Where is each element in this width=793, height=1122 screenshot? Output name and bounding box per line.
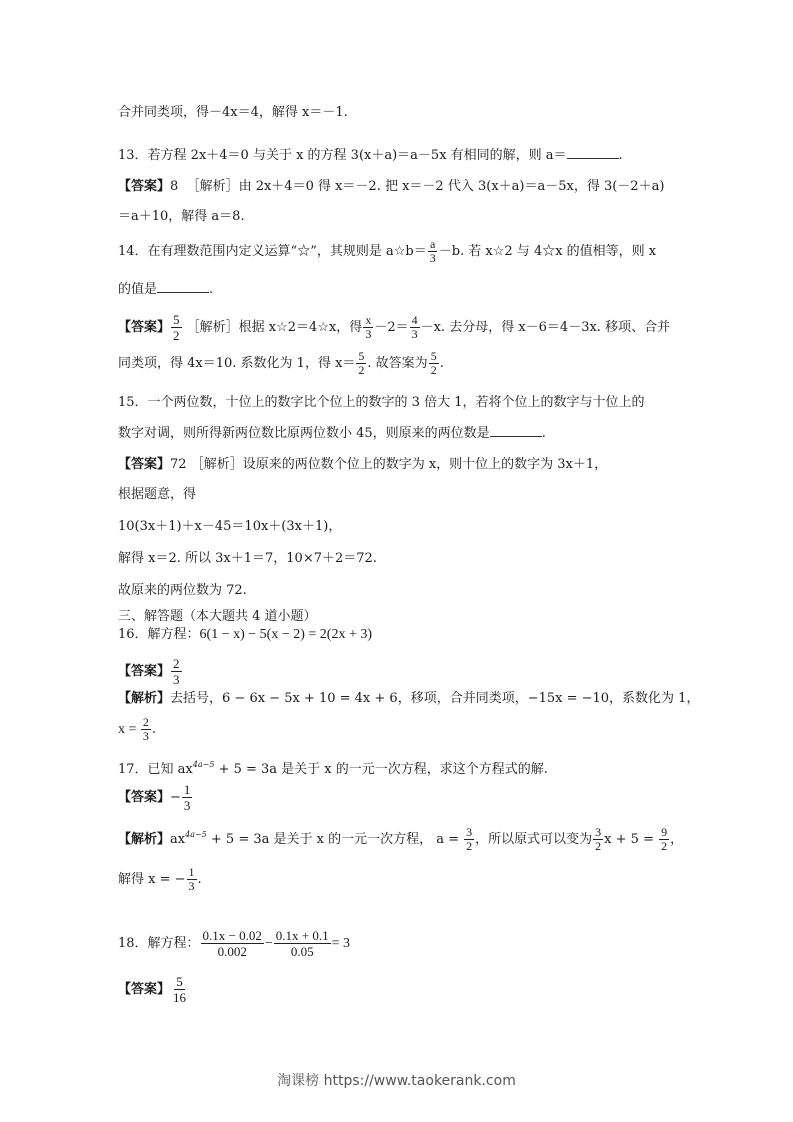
explanation-line: 解得 x＝2. 所以 3x＋1＝7，10×7＋2＝72. <box>118 550 377 568</box>
answer-blank <box>157 280 209 293</box>
question-text: 18．解方程： <box>118 936 200 951</box>
answer-value: 8 <box>170 179 178 194</box>
fraction: 52 <box>356 350 366 377</box>
explanation-16: 【解析】去括号，6 − 6x − 5x + 10 = 4x + 6，移项，合并同… <box>118 690 699 708</box>
answer-label: 【答案】 <box>118 790 170 805</box>
exponent: 4a−5 <box>193 760 215 769</box>
explanation-16-line2: x = 23. <box>118 716 156 743</box>
punct: . <box>619 148 623 163</box>
answer-label: 【答案】 <box>118 320 170 335</box>
explanation-text: －x. 去分母，得 x－6＝4－3x. 移项、合并 <box>421 320 670 335</box>
answer-fraction: 23 <box>171 656 182 687</box>
question-text: 17．已知 ax <box>118 762 193 777</box>
punct: . <box>440 356 444 371</box>
answer-14-line2: 同类项，得 4x＝10. 系数化为 1，得 x＝52. 故答案为52. <box>118 350 444 377</box>
answer-fraction: 52 <box>171 312 182 343</box>
fraction: 32 <box>464 826 474 853</box>
section-heading: 三、解答题（本大题共 4 道小题） <box>118 608 317 626</box>
answer-label: 【答案】 <box>118 457 170 472</box>
question-text: 13．若方程 2x＋4＝0 与关于 x 的方程 3(x＋a)＝a－5x 有相同的… <box>118 148 567 163</box>
text-line: 合并同类项，得－4x＝4，解得 x＝－1. <box>118 104 348 122</box>
fraction: 32 <box>593 826 603 853</box>
question-15-line2: 数字对调，则所得新两位数比原两位数小 45，则原来的两位数是. <box>118 424 546 443</box>
explanation-text: ［解析］由 2x＋4＝0 得 x＝－2. 把 x＝－2 代入 3(x＋a)＝a－… <box>187 179 665 194</box>
question-14: 14．在有理数范围内定义运算“☆”，其规则是 a☆b＝a3－b. 若 x☆2 与… <box>118 238 656 265</box>
explanation-text: ［解析］根据 x☆2＝4☆x，得 <box>187 320 363 335</box>
explanation-label: 【解析】 <box>118 691 170 706</box>
explanation-text: 72 ［解析］设原来的两位数个位上的数字为 x，则十位上的数字为 3x＋1， <box>170 457 607 472</box>
explanation-line: 根据题意，得 <box>118 486 196 504</box>
explanation-label: 【解析】 <box>118 832 170 847</box>
fraction: 43 <box>410 314 420 341</box>
answer-16: 【答案】23 <box>118 656 183 687</box>
question-text: －b. 若 x☆2 与 4☆x 的值相等，则 x <box>439 244 656 259</box>
answer-label: 【答案】 <box>118 982 170 997</box>
explanation-text: 同类项，得 4x＝10. 系数化为 1，得 x＝ <box>118 356 355 371</box>
footer-watermark: 淘课榜 https://www.taokerank.com <box>0 1070 793 1090</box>
answer-fraction: 13 <box>182 782 193 813</box>
answer-18: 【答案】516 <box>118 974 189 1005</box>
explanation-17: 【解析】ax4a−5 + 5 = 3a 是关于 x 的一元一次方程， a = 3… <box>118 826 683 853</box>
answer-fraction: 516 <box>171 974 188 1005</box>
question-text: 16．解方程： <box>118 627 200 642</box>
question-text: + 5 = 3a 是关于 x 的一元一次方程，求这个方程式的解. <box>214 762 547 777</box>
explanation-text: 去括号，6 − 6x − 5x + 10 = 4x + 6，移项，合并同类项，−… <box>170 691 699 706</box>
answer-15: 【答案】72 ［解析］设原来的两位数个位上的数字为 x，则十位上的数字为 3x＋… <box>118 456 607 474</box>
question-15: 15．一个两位数，十位上的数字比个位上的数字的 3 倍大 1，若将个位上的数字与… <box>118 394 644 412</box>
answer-13: 【答案】8 ［解析］由 2x＋4＝0 得 x＝－2. 把 x＝－2 代入 3(x… <box>118 178 664 196</box>
explanation-line: ＝a＋10，解得 a＝8. <box>118 208 245 226</box>
answer-label: 【答案】 <box>118 179 170 194</box>
answer-label: 【答案】 <box>118 664 170 679</box>
equation-line: 10(3x＋1)＋x－45＝10x＋(3x＋1)， <box>118 518 341 536</box>
explanation-line: 故原来的两位数为 72. <box>118 582 247 600</box>
question-text: 14．在有理数范围内定义运算“☆”，其规则是 a☆b＝ <box>118 244 427 259</box>
answer-blank <box>567 146 619 159</box>
fraction: 52 <box>429 350 439 377</box>
fraction: 13 <box>187 866 197 893</box>
answer-17: 【答案】−13 <box>118 782 193 813</box>
fraction: a3 <box>428 238 438 265</box>
answer-14: 【答案】52 ［解析］根据 x☆2＝4☆x，得x3－2＝43－x. 去分母，得 … <box>118 312 670 343</box>
question-18: 18．解方程：0.1x − 0.020.002−0.1x + 0.10.05= … <box>118 928 350 959</box>
answer-blank <box>490 424 542 437</box>
question-text: 的值是 <box>118 282 157 297</box>
question-13: 13．若方程 2x＋4＝0 与关于 x 的方程 3(x＋a)＝a－5x 有相同的… <box>118 146 623 165</box>
fraction: 92 <box>659 826 669 853</box>
question-text: 数字对调，则所得新两位数比原两位数小 45，则原来的两位数是 <box>118 426 490 441</box>
equation: 6(1 − x) − 5(x − 2) = 2(2x + 3) <box>200 627 372 642</box>
question-16: 16．解方程：6(1 − x) − 5(x − 2) = 2(2x + 3) <box>118 626 372 644</box>
question-14-line2: 的值是. <box>118 280 213 299</box>
punct: . <box>209 282 213 297</box>
fraction: 0.1x + 0.10.05 <box>274 928 331 959</box>
explanation-17-line2: 解得 x = −13. <box>118 866 202 893</box>
explanation-text: . 故答案为 <box>367 356 427 371</box>
fraction: x3 <box>363 314 373 341</box>
punct: . <box>542 426 546 441</box>
fraction: 0.1x − 0.020.002 <box>201 928 264 959</box>
question-17: 17．已知 ax4a−5 + 5 = 3a 是关于 x 的一元一次方程，求这个方… <box>118 756 548 779</box>
explanation-text: －2＝ <box>374 320 408 335</box>
fraction: 23 <box>141 716 151 743</box>
